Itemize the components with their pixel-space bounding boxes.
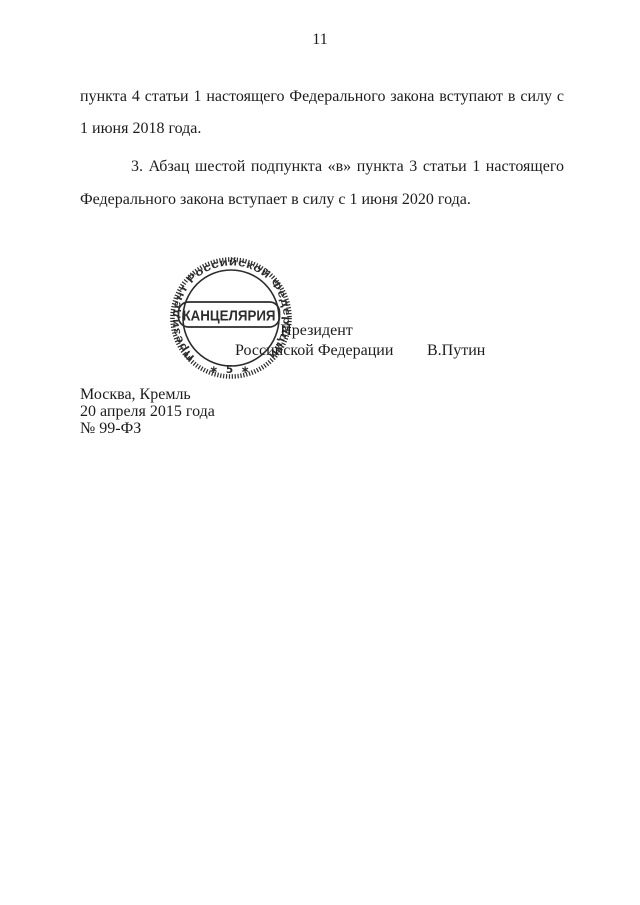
stamp-center-text: КАНЦЕЛЯРИЯ xyxy=(183,308,276,325)
issuance-place: Москва, Кремль xyxy=(80,386,215,403)
body-paragraph-2-line-2: 1 июня 2018 года. xyxy=(80,119,201,139)
issuance-date: 20 апреля 2015 года xyxy=(80,403,215,420)
page-number: 11 xyxy=(0,30,640,50)
stamp-number-marker: ∗ 5 ∗ xyxy=(209,364,251,376)
document-page: 11 пункта 4 статьи 1 настоящего Федераль… xyxy=(0,0,640,905)
body-paragraph-3-line-1: 3. Абзац шестой подпункта «в» пункта 3 с… xyxy=(131,157,564,177)
body-paragraph-2-line-1: пункта 4 статьи 1 настоящего Федеральног… xyxy=(80,87,564,107)
signer-name: В.Путин xyxy=(427,341,485,361)
chancellery-stamp: Президент Российской Федерации КАНЦЕЛЯРИ… xyxy=(166,253,296,383)
body-paragraph-3-line-2: Федерального закона вступает в силу с 1 … xyxy=(80,190,471,210)
issuance-block: Москва, Кремль 20 апреля 2015 года № 99-… xyxy=(80,386,215,437)
law-number: № 99-ФЗ xyxy=(80,420,215,437)
